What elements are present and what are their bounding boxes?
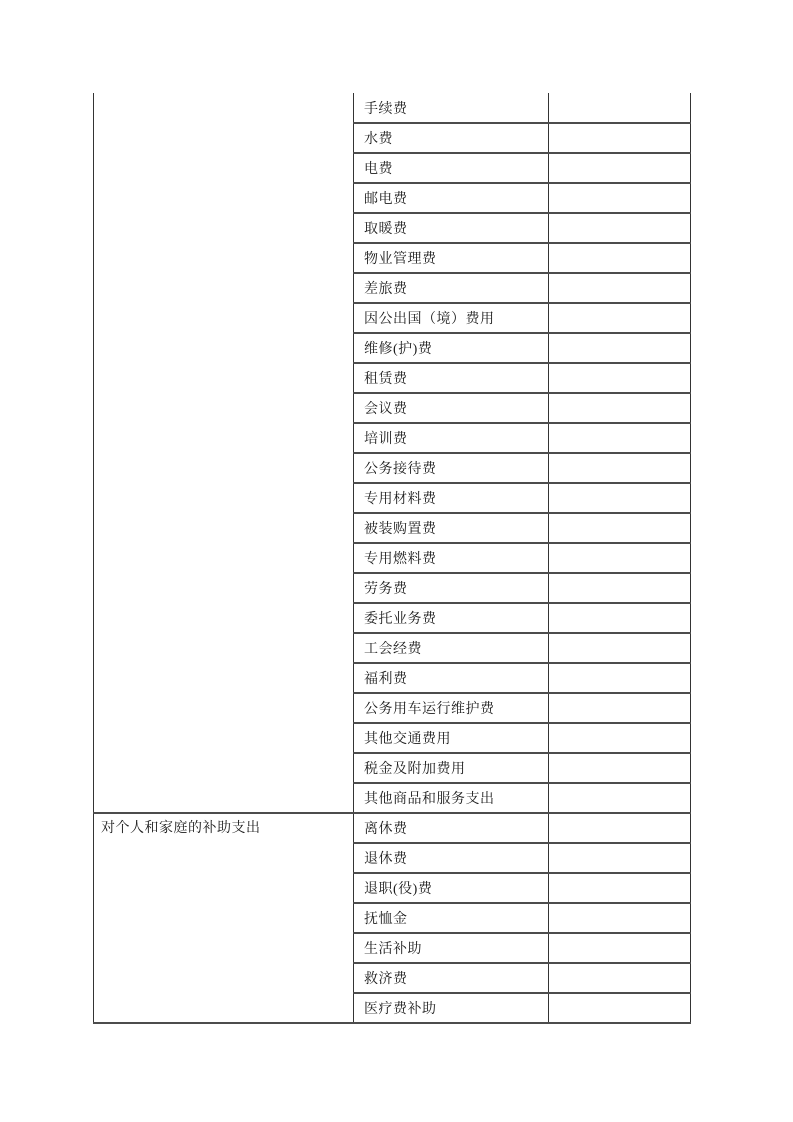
amount-cell (549, 303, 691, 333)
amount-cell (549, 273, 691, 303)
amount-cell (549, 813, 691, 843)
expense-item-cell: 手续费 (354, 93, 549, 123)
amount-cell (549, 483, 691, 513)
expense-item-cell: 物业管理费 (354, 243, 549, 273)
expense-item-cell: 生活补助 (354, 933, 549, 963)
amount-cell (549, 963, 691, 993)
expense-item-cell: 差旅费 (354, 273, 549, 303)
table-row: 手续费 (94, 93, 691, 123)
expense-item-cell: 救济费 (354, 963, 549, 993)
amount-cell (549, 153, 691, 183)
amount-cell (549, 543, 691, 573)
amount-cell (549, 783, 691, 813)
expense-item-cell: 专用材料费 (354, 483, 549, 513)
amount-cell (549, 723, 691, 753)
expense-item-cell: 抚恤金 (354, 903, 549, 933)
amount-cell (549, 663, 691, 693)
amount-cell (549, 603, 691, 633)
expense-item-cell: 邮电费 (354, 183, 549, 213)
expense-item-cell: 医疗费补助 (354, 993, 549, 1023)
amount-cell (549, 93, 691, 123)
expense-item-cell: 租赁费 (354, 363, 549, 393)
expense-item-cell: 会议费 (354, 393, 549, 423)
expense-item-cell: 维修(护)费 (354, 333, 549, 363)
amount-cell (549, 873, 691, 903)
expense-item-cell: 水费 (354, 123, 549, 153)
amount-cell (549, 333, 691, 363)
amount-cell (549, 933, 691, 963)
budget-table: 手续费 水费 电费 邮电费 取暖费 物业管理费 (93, 93, 691, 1024)
expense-item-cell: 公务接待费 (354, 453, 549, 483)
amount-cell (549, 213, 691, 243)
category-cell: 对个人和家庭的补助支出 (94, 813, 354, 1023)
amount-cell (549, 183, 691, 213)
amount-cell (549, 123, 691, 153)
amount-cell (549, 573, 691, 603)
amount-cell (549, 453, 691, 483)
expense-item-cell: 退休费 (354, 843, 549, 873)
expense-item-cell: 因公出国（境）费用 (354, 303, 549, 333)
expense-item-cell: 劳务费 (354, 573, 549, 603)
amount-cell (549, 363, 691, 393)
amount-cell (549, 993, 691, 1023)
document-page: 手续费 水费 电费 邮电费 取暖费 物业管理费 (0, 0, 793, 1122)
expense-item-cell: 被装购置费 (354, 513, 549, 543)
expense-item-cell: 离休费 (354, 813, 549, 843)
amount-cell (549, 633, 691, 663)
table-row: 对个人和家庭的补助支出 离休费 (94, 813, 691, 843)
amount-cell (549, 693, 691, 723)
expense-item-cell: 取暖费 (354, 213, 549, 243)
expense-item-cell: 培训费 (354, 423, 549, 453)
amount-cell (549, 423, 691, 453)
expense-item-cell: 专用燃料费 (354, 543, 549, 573)
amount-cell (549, 393, 691, 423)
amount-cell (549, 243, 691, 273)
amount-cell (549, 753, 691, 783)
expense-item-cell: 公务用车运行维护费 (354, 693, 549, 723)
amount-cell (549, 843, 691, 873)
expense-item-cell: 税金及附加费用 (354, 753, 549, 783)
category-cell (94, 93, 354, 813)
expense-item-cell: 其他交通费用 (354, 723, 549, 753)
expense-item-cell: 电费 (354, 153, 549, 183)
expense-item-cell: 福利费 (354, 663, 549, 693)
amount-cell (549, 903, 691, 933)
expense-item-cell: 退职(役)费 (354, 873, 549, 903)
amount-cell (549, 513, 691, 543)
expense-item-cell: 其他商品和服务支出 (354, 783, 549, 813)
expense-item-cell: 工会经费 (354, 633, 549, 663)
expense-item-cell: 委托业务费 (354, 603, 549, 633)
